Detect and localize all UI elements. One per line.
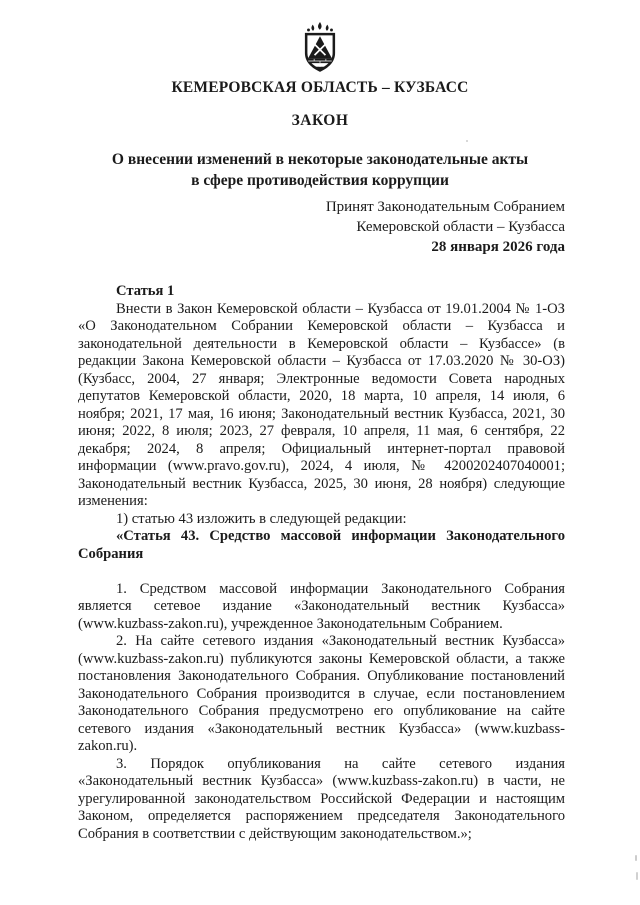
article-1-intro-paragraph: Внести в Закон Кемеровской области – Куз…	[78, 301, 565, 511]
article-43-heading: «Статья 43. Средство массовой информации…	[78, 528, 565, 563]
adoption-line-1: Принят Законодательным Собранием	[0, 197, 565, 217]
region-title: КЕМЕРОВСКАЯ ОБЛАСТЬ – КУЗБАСС	[0, 79, 640, 97]
scan-artifact	[466, 140, 468, 142]
article-43-clause-1: 1. Средством массовой информации Законод…	[78, 581, 565, 634]
kemerovo-coat-of-arms-icon	[296, 22, 344, 74]
scan-artifact	[635, 855, 637, 861]
adoption-line-2: Кемеровской области – Кузбасса	[0, 217, 565, 237]
document-header: КЕМЕРОВСКАЯ ОБЛАСТЬ – КУЗБАСС ЗАКОН О вн…	[0, 0, 640, 257]
law-title: О внесении изменений в некоторые законод…	[0, 149, 640, 191]
law-title-line-2: в сфере противодействия коррупции	[191, 172, 449, 189]
law-title-line-1: О внесении изменений в некоторые законод…	[112, 151, 528, 168]
article-43-clause-2: 2. На сайте сетевого издания «Законодате…	[78, 633, 565, 756]
article-43-clause-3: 3. Порядок опубликования на сайте сетево…	[78, 756, 565, 844]
amendment-item-1: 1) статью 43 изложить в следующей редакц…	[78, 511, 565, 529]
scan-artifact	[636, 872, 638, 880]
article-1-heading: Статья 1	[78, 283, 565, 301]
adoption-block: Принят Законодательным Собранием Кемеров…	[0, 197, 565, 257]
scanned-law-document-page: КЕМЕРОВСКАЯ ОБЛАСТЬ – КУЗБАСС ЗАКОН О вн…	[0, 0, 640, 905]
adoption-date: 28 января 2026 года	[0, 237, 565, 257]
document-type-heading: ЗАКОН	[0, 112, 640, 130]
article-1-section: Статья 1 Внести в Закон Кемеровской обла…	[78, 283, 565, 843]
